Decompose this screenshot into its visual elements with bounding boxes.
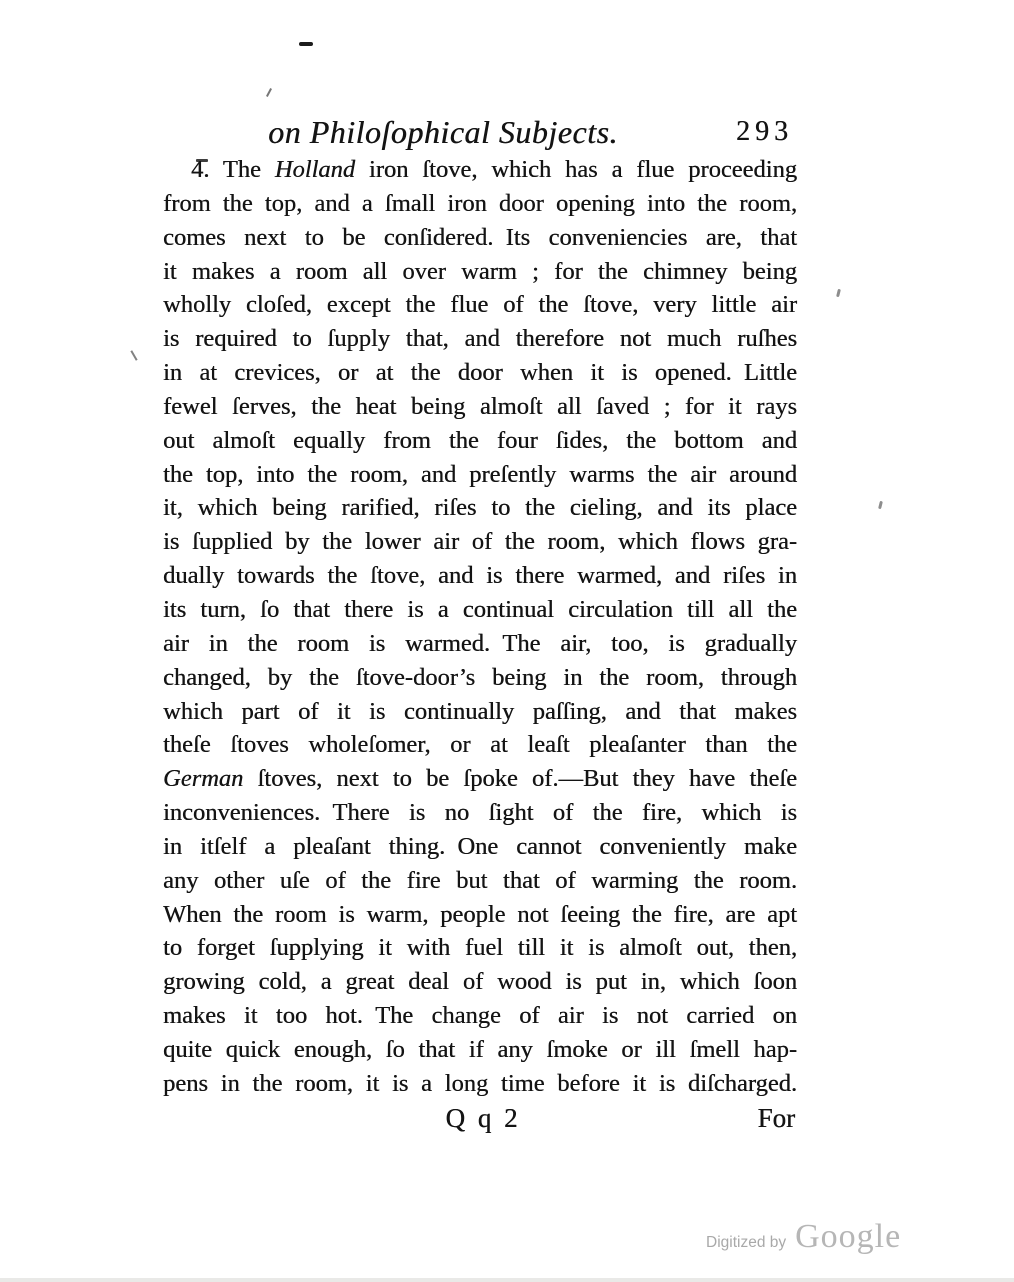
text-line: wholly cloſed, except the flue of the ſt… — [163, 288, 797, 322]
page-footer: Q q 2 For — [163, 1100, 797, 1136]
text-segment: to forget ſupplying it with fuel till it… — [163, 934, 797, 961]
text-line: theſe ſtoves wholeſomer, or at leaſt ple… — [163, 728, 797, 762]
text-line: to forget ſupplying it with fuel till it… — [163, 931, 797, 965]
text-segment: in itſelf a pleaſant thing. One cannot c… — [163, 833, 797, 860]
text-segment: the top, into the room, and preſently wa… — [163, 461, 797, 488]
text-line: German ſtoves, next to be ſpoke of.—But … — [163, 762, 797, 796]
google-logo: Google — [795, 1218, 901, 1256]
text-line: it, which being rarified, riſes to the c… — [163, 491, 797, 525]
text-segment: from the top, and a ſmall iron door open… — [163, 190, 797, 217]
text-segment: theſe ſtoves wholeſomer, or at leaſt ple… — [163, 731, 797, 758]
text-line: fewel ſerves, the heat being almoſt all … — [163, 390, 797, 424]
scan-artifact — [836, 289, 841, 297]
text-segment: wholly cloſed, except the flue of the ſt… — [163, 291, 797, 318]
text-segment: air in the room is warmed. The air, too,… — [163, 630, 797, 657]
signature-mark: Q q 2 — [446, 1100, 521, 1136]
scanned-book-page: on Philoſophical Subjects. 293 4. The Ho… — [0, 0, 1014, 1282]
digitized-by-google-watermark: Digitized by Google — [706, 1218, 901, 1256]
text-segment: quite quick enough, ſo that if any ſmoke… — [163, 1036, 797, 1063]
scan-artifact — [130, 350, 137, 361]
text-segment: pens in the room, it is a long time befo… — [163, 1070, 797, 1097]
text-segment: which part of it is continually paſſing,… — [163, 698, 797, 725]
text-line: growing cold, a great deal of wood is pu… — [163, 965, 797, 999]
text-segment: iron ſtove, which has a flue proceeding — [355, 156, 797, 183]
scan-bottom-edge — [0, 1278, 1014, 1282]
text-line: pens in the room, it is a long time befo… — [163, 1067, 797, 1101]
text-line: which part of it is continually paſſing,… — [163, 695, 797, 729]
text-segment: its turn, ſo that there is a continual c… — [163, 596, 797, 623]
text-segment: inconveniences. There is no ſight of the… — [163, 799, 797, 826]
text-segment: dually towards the ſtove, and is there w… — [163, 562, 797, 589]
body-text: 4. The Holland iron ſtove, which has a f… — [163, 153, 797, 1101]
text-line: When the room is warm, people not ſeeing… — [163, 898, 797, 932]
scan-artifact — [878, 501, 883, 509]
text-segment: it, which being rarified, riſes to the c… — [163, 494, 797, 521]
text-line: comes next to be conſidered. Its conveni… — [163, 221, 797, 255]
running-title: on Philoſophical Subjects. — [163, 108, 797, 156]
text-segment: makes it too hot. The change of air is n… — [163, 1002, 797, 1029]
text-segment: fewel ſerves, the heat being almoſt all … — [163, 393, 797, 420]
text-line: from the top, and a ſmall iron door open… — [163, 187, 797, 221]
italic-word: Holland — [275, 156, 355, 183]
text-line: dually towards the ſtove, and is there w… — [163, 559, 797, 593]
page-header: on Philoſophical Subjects. 293 — [163, 108, 797, 156]
text-segment: changed, by the ſtove-door’s being in th… — [163, 664, 797, 691]
text-segment: is required to ſupply that, and therefor… — [163, 325, 797, 352]
catchword: For — [757, 1100, 795, 1136]
text-line: is ſupplied by the lower air of the room… — [163, 525, 797, 559]
text-line: in itſelf a pleaſant thing. One cannot c… — [163, 830, 797, 864]
text-line: the top, into the room, and preſently wa… — [163, 458, 797, 492]
text-line: air in the room is warmed. The air, too,… — [163, 627, 797, 661]
text-segment: out almoſt equally from the four ſides, … — [163, 427, 797, 454]
text-segment: is ſupplied by the lower air of the room… — [163, 528, 797, 555]
text-line: any other uſe of the fire but that of wa… — [163, 864, 797, 898]
text-line: changed, by the ſtove-door’s being in th… — [163, 661, 797, 695]
text-line: quite quick enough, ſo that if any ſmoke… — [163, 1033, 797, 1067]
text-line: is required to ſupply that, and therefor… — [163, 322, 797, 356]
scan-artifact — [266, 88, 272, 97]
text-line: 4. The Holland iron ſtove, which has a f… — [163, 153, 797, 187]
scan-artifact — [299, 42, 313, 46]
text-line: its turn, ſo that there is a continual c… — [163, 593, 797, 627]
text-segment: ſtoves, next to be ſpoke of.—But they ha… — [243, 765, 797, 792]
page-number: 293 — [736, 116, 793, 148]
italic-word: German — [163, 765, 243, 792]
text-segment: it makes a room all over warm ; for the … — [163, 258, 797, 285]
text-line: in at crevices, or at the door when it i… — [163, 356, 797, 390]
text-segment: 4. The — [191, 156, 275, 183]
text-segment: growing cold, a great deal of wood is pu… — [163, 968, 797, 995]
text-segment: in at crevices, or at the door when it i… — [163, 359, 797, 386]
text-segment: comes next to be conſidered. Its conveni… — [163, 224, 797, 251]
text-line: inconveniences. There is no ſight of the… — [163, 796, 797, 830]
text-line: it makes a room all over warm ; for the … — [163, 255, 797, 289]
text-segment: When the room is warm, people not ſeeing… — [163, 901, 797, 928]
text-line: out almoſt equally from the four ſides, … — [163, 424, 797, 458]
watermark-prefix: Digitized by — [706, 1234, 786, 1252]
text-segment: any other uſe of the fire but that of wa… — [163, 867, 797, 894]
text-line: makes it too hot. The change of air is n… — [163, 999, 797, 1033]
